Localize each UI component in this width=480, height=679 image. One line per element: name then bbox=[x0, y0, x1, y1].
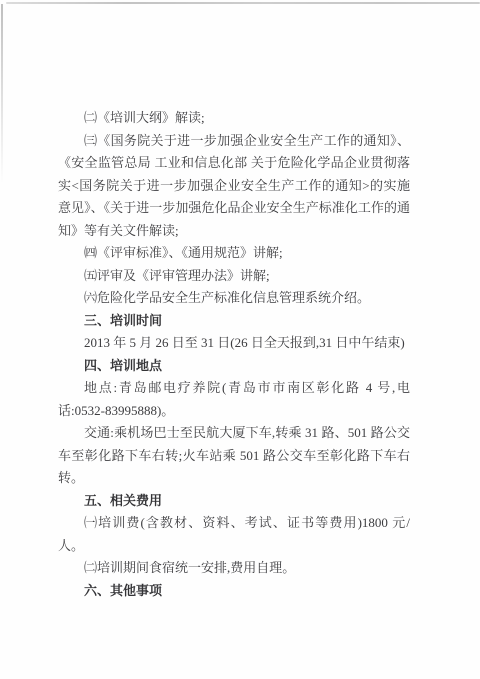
paragraph: ㈡培训期间食宿统一安排,费用自理。 bbox=[58, 557, 410, 580]
paragraph: 交通:乘机场巴士至民航大厦下车,转乘 31 路、501 路公交车至彰化路下车右转… bbox=[58, 422, 410, 490]
scan-edge-left bbox=[1, 4, 3, 184]
paragraph: 2013 年 5 月 26 日至 31 日(26 日全天报到,31 日中午结束) bbox=[58, 332, 410, 355]
section-heading: 五、相关费用 bbox=[58, 490, 410, 513]
paragraph: ㈠培训费(含教材、资料、考试、证书等费用)1800 元/人。 bbox=[58, 512, 410, 557]
document-body: ㈡《培训大纲》解读;㈢《国务院关于进一步加强企业安全生产工作的通知》、《安全监管… bbox=[58, 107, 410, 602]
paragraph: ㈣《评审标准》、《通用规范》讲解; bbox=[58, 242, 410, 265]
scan-edge-top bbox=[6, 2, 480, 4]
section-heading: 四、培训地点 bbox=[58, 355, 410, 378]
paragraph: ㈤评审及《评审管理办法》讲解; bbox=[58, 265, 410, 288]
paragraph: ㈢《国务院关于进一步加强企业安全生产工作的通知》、《安全监管总局 工业和信息化部… bbox=[58, 130, 410, 243]
paragraph: ㈡《培训大纲》解读; bbox=[58, 107, 410, 130]
paragraph: 地点:青岛邮电疗养院(青岛市市南区彰化路 4 号,电话:0532-8399588… bbox=[58, 377, 410, 422]
section-heading: 三、培训时间 bbox=[58, 310, 410, 333]
paragraph: ㈥危险化学品安全生产标准化信息管理系统介绍。 bbox=[58, 287, 410, 310]
section-heading: 六、其他事项 bbox=[58, 580, 410, 603]
scanned-document-page: ㈡《培训大纲》解读;㈢《国务院关于进一步加强企业安全生产工作的通知》、《安全监管… bbox=[0, 0, 480, 679]
